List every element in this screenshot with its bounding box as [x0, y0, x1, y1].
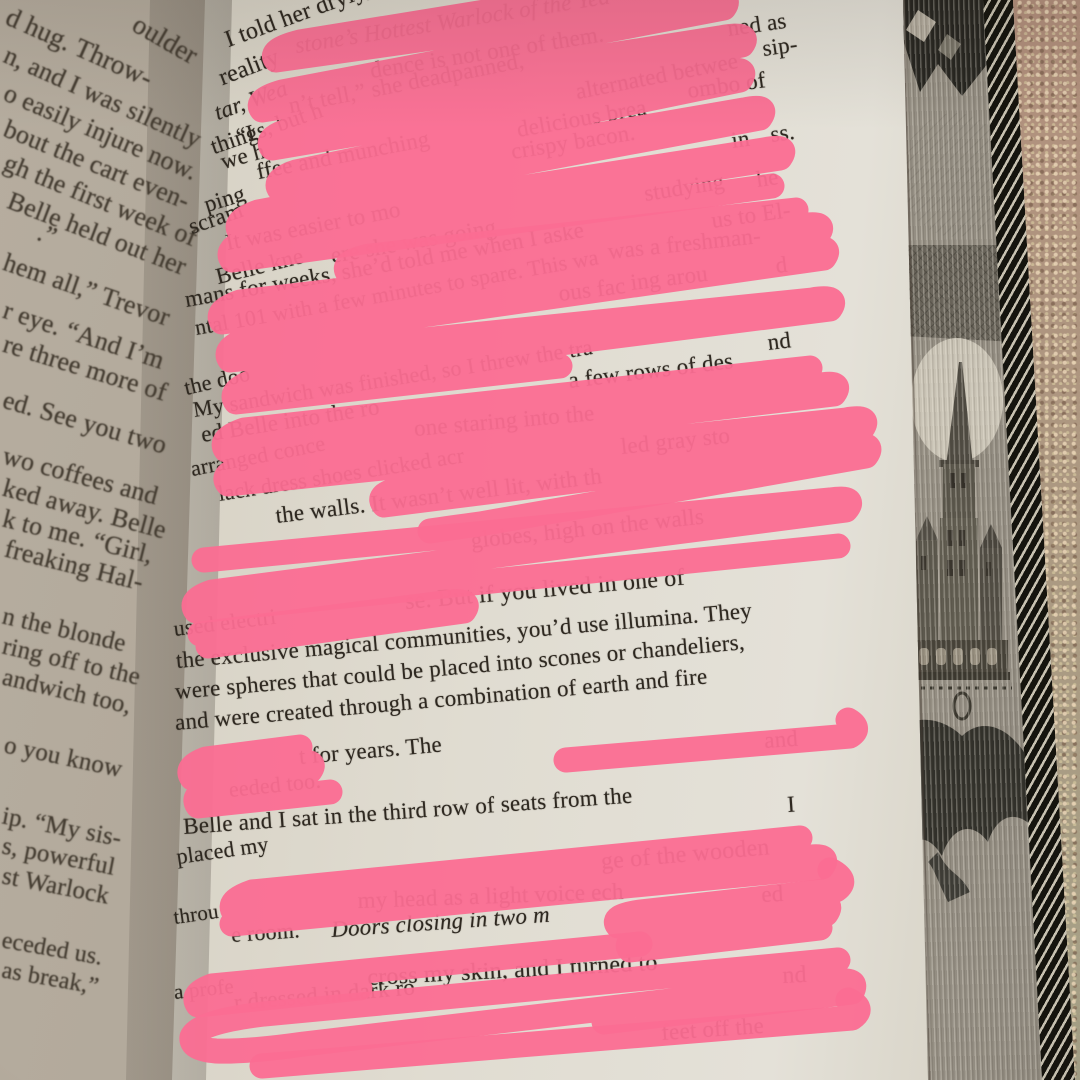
text-fragment: t for years. The [298, 733, 443, 768]
text-fragment: stone’s Hottest Warlock of the Yea [293, 0, 611, 57]
text-fragment: scram [186, 198, 246, 238]
photo-vignette [0, 0, 1080, 1080]
text-fragment: eceded us. [0, 928, 105, 969]
marker-stroke [192, 960, 854, 1051]
pendant-ornament [954, 693, 970, 719]
text-fragment: ed [761, 882, 784, 906]
text-fragment: globes, high on the walls [470, 505, 705, 552]
text-fragment: It was easier to mo [224, 198, 403, 254]
text-fragment: hem all,” Trevor [0, 249, 173, 330]
text-fragment: st Warlock [0, 863, 111, 908]
text-fragment: in [730, 127, 751, 152]
text-fragment: gh the first week of [0, 150, 201, 251]
text-fragment: re three more of [0, 331, 170, 406]
marker-stroke [232, 838, 825, 924]
text-fragment: a few rows of des [567, 349, 734, 392]
text-fragment: r eye. “And I’m [0, 297, 167, 374]
text-fragment: placed my [175, 833, 270, 868]
text-fragment: throu [172, 901, 220, 928]
text-fragment: used electri [172, 606, 277, 640]
marker-stroke [566, 720, 856, 760]
book-gutter-shadow [0, 0, 1080, 1080]
moon [911, 338, 1003, 462]
page-edge-texture [0, 0, 1080, 1080]
text-fragment: k to me. “Girl, [0, 506, 156, 568]
text-fragment: o you know [2, 733, 125, 782]
text-fragment: ed Belle into the ro [199, 395, 381, 446]
text-fragment: n the blonde [0, 604, 128, 657]
text-fragment: e room. [230, 919, 300, 946]
text-fragment: things, but h [208, 98, 326, 158]
fore-edge [0, 0, 1080, 1080]
text-fragment: o easily injure now. [0, 80, 201, 185]
text-fragment: se. But if you lived in one of [404, 566, 686, 614]
right-page [0, 0, 1080, 1080]
left-page [0, 0, 1080, 1080]
castle-spire [946, 362, 973, 466]
text-fragment: lack dress shoes clicked acr [217, 444, 466, 505]
text-fragment: reality [215, 45, 282, 90]
text-fragment: mans for weeks, she’d told me when I ask… [183, 218, 586, 311]
text-fragment: I [786, 793, 795, 816]
text-fragment: a profe [173, 976, 235, 1003]
text-fragment: was a freshman- [607, 224, 762, 263]
text-fragment: the exclusive magical communities, you’d… [175, 599, 753, 672]
marker-stroke [616, 870, 841, 950]
text-fragment: oulder [128, 11, 202, 69]
text-fragment: my head as a light voice ech [357, 880, 624, 912]
text-fragment: ip. “My sis- [0, 803, 124, 851]
marker-stroke [224, 368, 869, 531]
text-fragment: led gray sto [620, 424, 732, 458]
text-fragment: ombo of [686, 68, 767, 102]
text-fragment: he [755, 165, 780, 191]
text-fragment: ned as [726, 9, 788, 40]
edge-corner-ornament [903, 0, 1000, 96]
text-fragment: ere she was going [329, 215, 498, 267]
marker-stroke [220, 210, 833, 402]
text-fragment: sip- [761, 32, 799, 60]
text-fragment: ing arou [629, 262, 709, 294]
carpet-background [0, 0, 1080, 1080]
text-fragment: and were created through a combination o… [174, 665, 708, 734]
text-fragment: delicious brea [515, 96, 648, 141]
text-fragment: one staring into the [413, 401, 595, 440]
text-fragment: d [774, 253, 788, 277]
text-fragment: ring off to the [0, 634, 143, 690]
dark-foliage [901, 720, 1037, 856]
text-fragment: My sandwich was finished, so I threw the… [192, 336, 595, 421]
text-fragment: the doo [182, 363, 252, 399]
text-fragment: arranged conce [189, 432, 327, 480]
left-page-text: oulderd hug. Throw-n, and I was silently… [0, 0, 1080, 1080]
text-fragment: dence is not one of them. [368, 22, 605, 82]
text-fragment: eeded too. [228, 769, 322, 801]
marker-stroke [196, 944, 640, 1005]
text-fragment: Belle kne [213, 244, 305, 288]
text-fragment: and [763, 727, 798, 752]
text-fragment: we h [218, 139, 267, 173]
text-fragment: .” [34, 220, 60, 251]
text-fragment: I told her dryly, [222, 0, 373, 52]
text-fragment: ked away. Belle [0, 475, 169, 544]
text-fragment: ge of the wooden [600, 835, 771, 874]
book-photo: oulderd hug. Throw-n, and I was silently… [0, 0, 1080, 1080]
striped-edge-band [0, 0, 1080, 1080]
text-fragment: tar, Wea [211, 76, 290, 124]
text-fragment: freaking Hal- [2, 536, 146, 596]
marker-stroke [230, 0, 783, 260]
text-fragment: cross my skin, and I turned to [367, 951, 658, 990]
text-fragment: “I [234, 121, 258, 148]
text-fragment: nd [766, 328, 792, 354]
text-fragment: as break,” [0, 958, 101, 999]
text-fragment: alternated betwee [574, 49, 740, 103]
text-fragment: ntal 101 with a few minutes to spare. Th… [193, 246, 600, 339]
marker-stroke [194, 499, 850, 611]
text-fragment: Doors closing in two m [330, 903, 550, 941]
marker-stroke [262, 1000, 858, 1066]
text-fragment: bout the cart even- [0, 116, 193, 214]
marker-stroke [200, 602, 466, 646]
text-fragment: ping [201, 182, 248, 216]
pink-marker-scribbles [0, 0, 1080, 1080]
right-page-text: I told her dryly,realitystone’s Hottest … [0, 0, 1080, 1080]
text-fragment: ed. See you two [0, 387, 170, 459]
text-fragment: crispy bacon. [509, 121, 636, 163]
text-fragment: r dressed in dark ro [233, 975, 416, 1014]
text-fragment: andwich too, [0, 665, 134, 719]
text-fragment: studying [642, 170, 725, 205]
text-fragment: nd [782, 963, 808, 988]
text-fragment: d hug. Throw- [2, 3, 157, 92]
text-fragment: were spheres that could be placed into s… [174, 630, 746, 703]
text-fragment: ss. [769, 120, 796, 146]
marker-stroke [190, 747, 330, 806]
text-fragment: wo coffees and [0, 443, 161, 509]
text-fragment: us to El- [710, 198, 792, 232]
text-fragment: the walls. It wasn’t well lit, with th [274, 464, 603, 527]
text-fragment: s, powerful [0, 833, 117, 879]
text-fragment: ffee and munching [255, 127, 432, 183]
text-fragment: n, and I was silently [0, 42, 205, 152]
text-fragment: ous fac [557, 274, 626, 305]
text-fragment: Belle and I sat in the third row of seat… [182, 784, 633, 838]
text-fragment: feet off the [660, 1014, 764, 1044]
text-fragment: Belle held out her [4, 188, 190, 280]
text-fragment: n’t tell,” she deadpanned, [287, 49, 526, 117]
fore-edge-castle-art [0, 0, 1080, 1080]
